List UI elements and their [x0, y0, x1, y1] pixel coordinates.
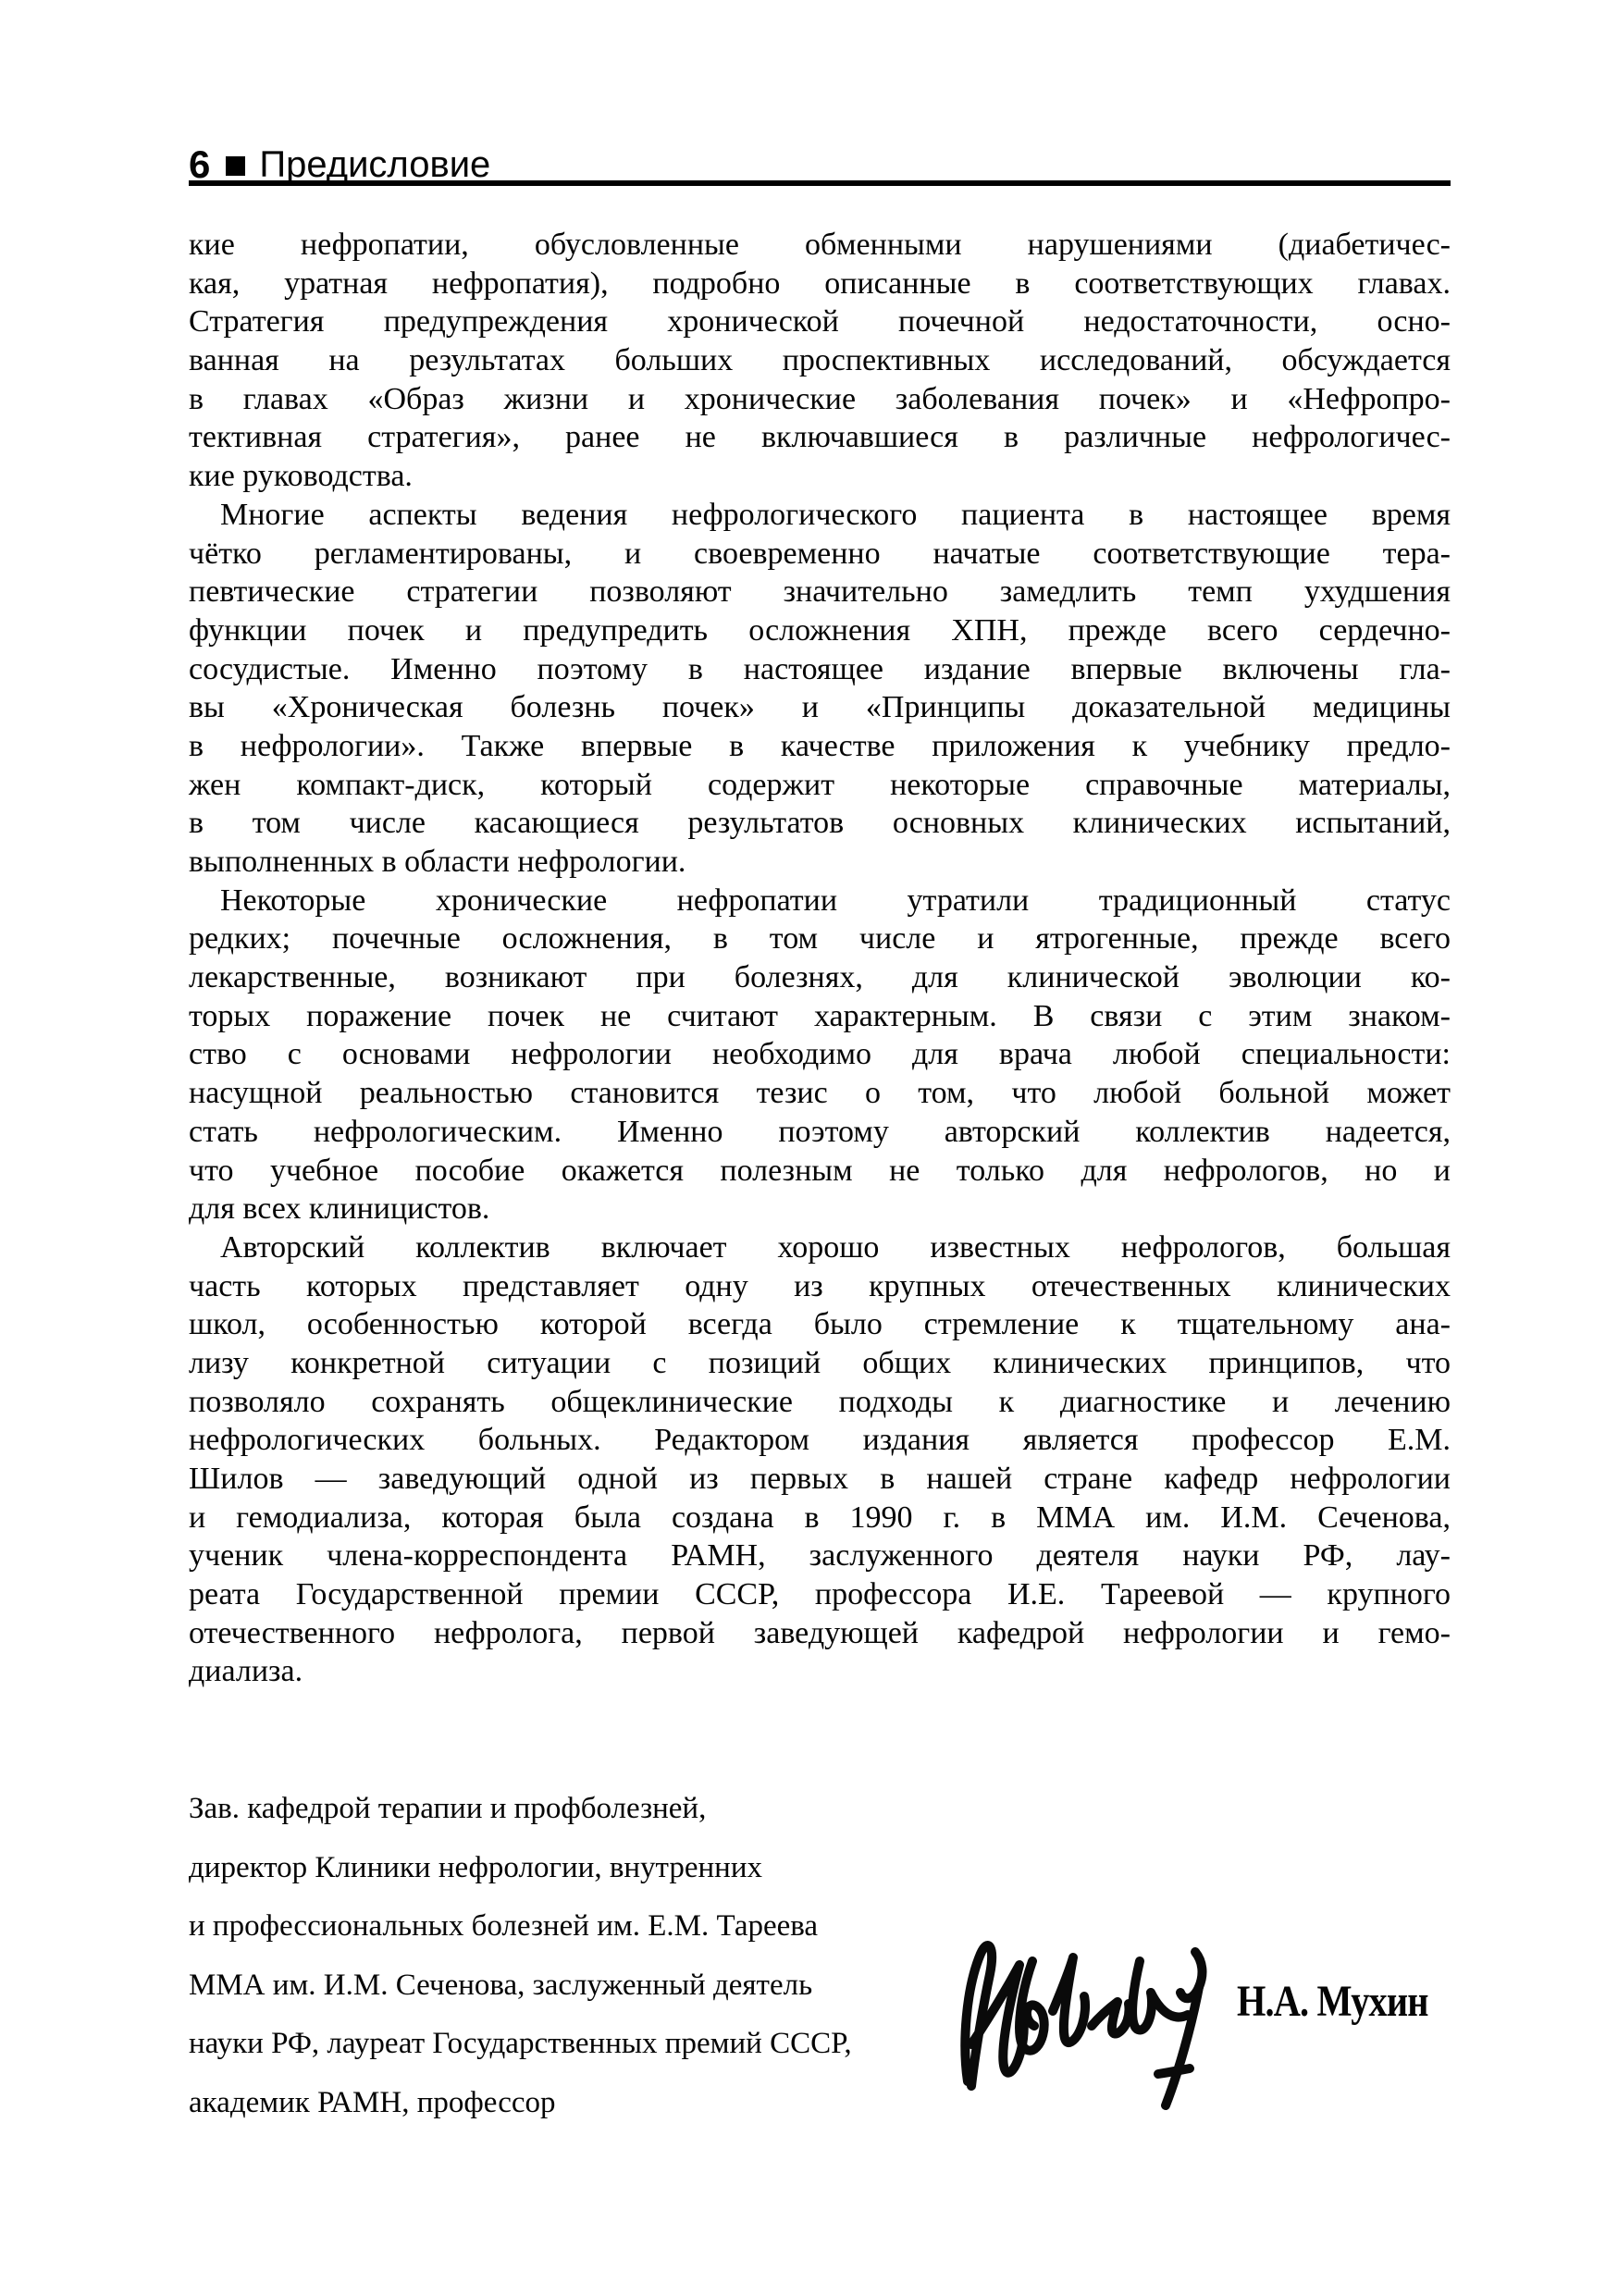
- header-rule: [189, 180, 1451, 186]
- body-line: Авторский коллектив включает хорошо изве…: [189, 1228, 1451, 1267]
- body-line: отечественного нефролога, первой заведую…: [189, 1614, 1451, 1653]
- running-header: 6 Предисловие: [189, 144, 490, 185]
- body-line: Стратегия предупреждения хронической поч…: [189, 302, 1451, 341]
- body-line: стать нефрологическим. Именно поэтому ав…: [189, 1113, 1451, 1152]
- body-line: вы «Хроническая болезнь почек» и «Принци…: [189, 688, 1451, 727]
- body-line: в нефрологии». Также впервые в качестве …: [189, 727, 1451, 766]
- body-line: школ, особенностью которой всегда было с…: [189, 1305, 1451, 1344]
- body-line: чётко регламентированы, и своевременно н…: [189, 535, 1451, 574]
- body-line: кие нефропатии, обусловленные обменными …: [189, 226, 1451, 265]
- body-line: реата Государственной премии СССР, профе…: [189, 1575, 1451, 1614]
- body-line: что учебное пособие окажется полезным не…: [189, 1152, 1451, 1191]
- signature-line: Зав. кафедрой терапии и профболезней,: [189, 1780, 1021, 1839]
- body-line: часть которых представляет одну из крупн…: [189, 1267, 1451, 1306]
- book-page: 6 Предисловие кие нефропатии, обусловлен…: [0, 0, 1618, 2296]
- body-line: лекарственные, возникают при болезнях, д…: [189, 958, 1451, 997]
- body-line: лизу конкретной ситуации с позиций общих…: [189, 1344, 1451, 1383]
- body-line: ванная на результатах больших проспектив…: [189, 341, 1451, 380]
- page-number: 6: [189, 144, 210, 185]
- body-line: редких; почечные осложнения, в том числе…: [189, 920, 1451, 958]
- signature-line: директор Клиники нефрологии, внутренних: [189, 1839, 1021, 1898]
- body-line: нефрологических больных. Редактором изда…: [189, 1421, 1451, 1460]
- signature-block: Зав. кафедрой терапии и профболезней,дир…: [189, 1780, 1021, 2132]
- signature-line: ММА им. И.М. Сеченова, заслуженный деяте…: [189, 1957, 1021, 2016]
- signature-line: науки РФ, лауреат Государственных премий…: [189, 2015, 1021, 2074]
- body-line: насущной реальностью становится тезис о …: [189, 1074, 1451, 1113]
- body-line: Шилов — заведующий одной из первых в наш…: [189, 1460, 1451, 1499]
- preface-body: кие нефропатии, обусловленные обменными …: [189, 226, 1451, 1691]
- body-line: сосудистые. Именно поэтому в настоящее и…: [189, 650, 1451, 689]
- signature-line: и профессиональных болезней им. Е.М. Тар…: [189, 1897, 1021, 1957]
- body-line: ство с основами нефрологии необходимо дл…: [189, 1035, 1451, 1074]
- square-bullet-icon: [226, 156, 245, 176]
- body-line: певтические стратегии позволяют значител…: [189, 573, 1451, 611]
- body-line: диализа.: [189, 1652, 1451, 1691]
- body-line: функции почек и предупредить осложнения …: [189, 611, 1451, 650]
- body-line: в том числе касающиеся результатов основ…: [189, 804, 1451, 843]
- body-line: жен компакт-диск, который содержит некот…: [189, 766, 1451, 805]
- handwritten-signature-icon: [953, 1933, 1240, 2114]
- body-line: позволяло сохранять общеклинические подх…: [189, 1383, 1451, 1422]
- signatory-name: Н.А. Мухин: [1237, 1976, 1428, 2027]
- body-line: в главах «Образ жизни и хронические забо…: [189, 380, 1451, 419]
- body-line: тективная стратегия», ранее не включавши…: [189, 418, 1451, 457]
- body-line: и гемодиализа, которая была создана в 19…: [189, 1499, 1451, 1537]
- body-line: кая, уратная нефропатия), подробно описа…: [189, 265, 1451, 303]
- body-line: ученик члена-корреспондента РАМН, заслуж…: [189, 1537, 1451, 1575]
- chapter-title: Предисловие: [259, 144, 490, 185]
- body-line: торых поражение почек не считают характе…: [189, 997, 1451, 1036]
- body-line: Многие аспекты ведения нефрологического …: [189, 496, 1451, 535]
- signature-line: академик РАМН, профессор: [189, 2074, 1021, 2133]
- body-line: Некоторые хронические нефропатии утратил…: [189, 882, 1451, 920]
- body-line: выполненных в области нефрологии.: [189, 843, 1451, 882]
- body-line: для всех клиницистов.: [189, 1190, 1451, 1228]
- body-line: кие руководства.: [189, 457, 1451, 496]
